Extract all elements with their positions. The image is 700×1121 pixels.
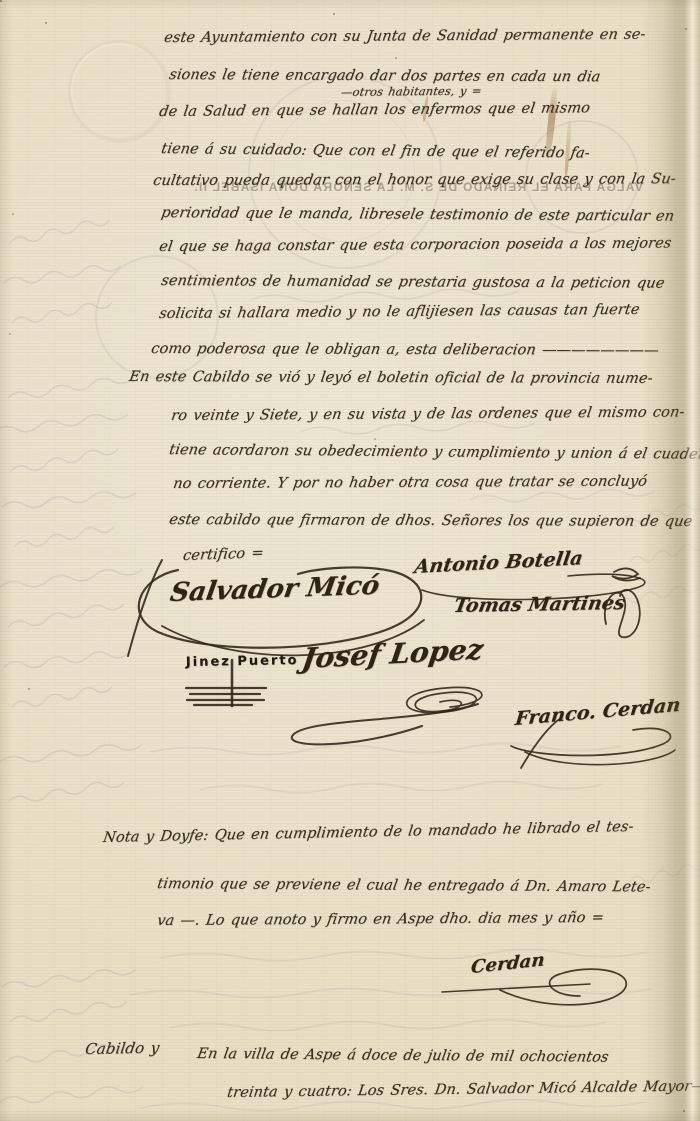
paper-texture <box>0 0 700 1121</box>
cabildo-margin-label: Cabildo y <box>84 1039 161 1058</box>
signature-josef-lopez: Josef Lopez <box>300 633 485 675</box>
embossed-seal <box>68 40 169 141</box>
manuscript-line: el que se haga constar que esta corporac… <box>158 235 673 255</box>
manuscript-line: tiene á su cuidado: Que con el fin de qu… <box>160 141 591 161</box>
manuscript-line: como poderosa que le obligan a, esta del… <box>150 341 660 359</box>
manuscript-line: este cabildo que firmaron de dhos. Señor… <box>168 512 694 530</box>
manuscript-line: En este Cabildo se vió y leyó el boletin… <box>128 369 654 387</box>
signature-cerdan-nota: Cerdan <box>470 950 546 978</box>
manuscript-line: treinta y cuatro: Los Sres. Dn. Salvador… <box>226 1078 700 1101</box>
signature-salvador-mico: Salvador Micó <box>168 571 382 608</box>
page-edge-bottom <box>0 1109 700 1121</box>
page-gutter-shadow <box>642 0 700 1121</box>
manuscript-line: sentimientos de humanidad se prestaria g… <box>160 273 666 292</box>
manuscript-page: VALGA PARA EL REINADO DE S. M. LA SEÑORA… <box>0 0 700 1121</box>
manuscript-line: solicita si hallara medio y no le afliji… <box>158 302 641 322</box>
manuscript-line: perioridad que le manda, libresele testi… <box>160 205 675 225</box>
manuscript-line: siones le tiene encargado dar dos partes… <box>168 67 602 85</box>
signature-tomas-martines: Tomas Martines <box>452 592 627 617</box>
bleedthrough-squiggles <box>0 0 700 1121</box>
manuscript-line: va —. Lo que anoto y firmo en Aspe dho. … <box>156 910 605 929</box>
manuscript-line: de la Salud en que se hallan los enfermo… <box>158 100 591 120</box>
manuscript-line: Nota y Doyfe: Que en cumplimiento de lo … <box>102 819 635 846</box>
interline-insertion: —otros habitantes, y = <box>340 84 483 99</box>
page-edge-left <box>0 0 12 1121</box>
page-edge-top <box>0 0 700 9</box>
signature-antonio-botella: Antonio Botella <box>413 547 584 578</box>
manuscript-line: este Ayuntamiento con su Junta de Sanida… <box>163 27 647 46</box>
manuscript-line: ro veinte y Siete, y en su vista y de la… <box>170 404 686 424</box>
signature-jinez-puerto: Jinez Puerto <box>186 653 299 670</box>
vignette-overlay <box>0 0 700 1121</box>
manuscript-line: cultativo pueda quedar con el honor que … <box>152 171 677 189</box>
manuscript-line: En la villa de Aspe á doce de julio de m… <box>196 1046 610 1066</box>
certify-word: certifico = <box>182 545 265 564</box>
manuscript-line: tiene acordaron su obedecimiento y cumpl… <box>168 442 700 463</box>
manuscript-line: timonio que se previene el cual he entre… <box>156 876 652 895</box>
manuscript-line: no corriente. Y por no haber otra cosa q… <box>172 474 648 492</box>
